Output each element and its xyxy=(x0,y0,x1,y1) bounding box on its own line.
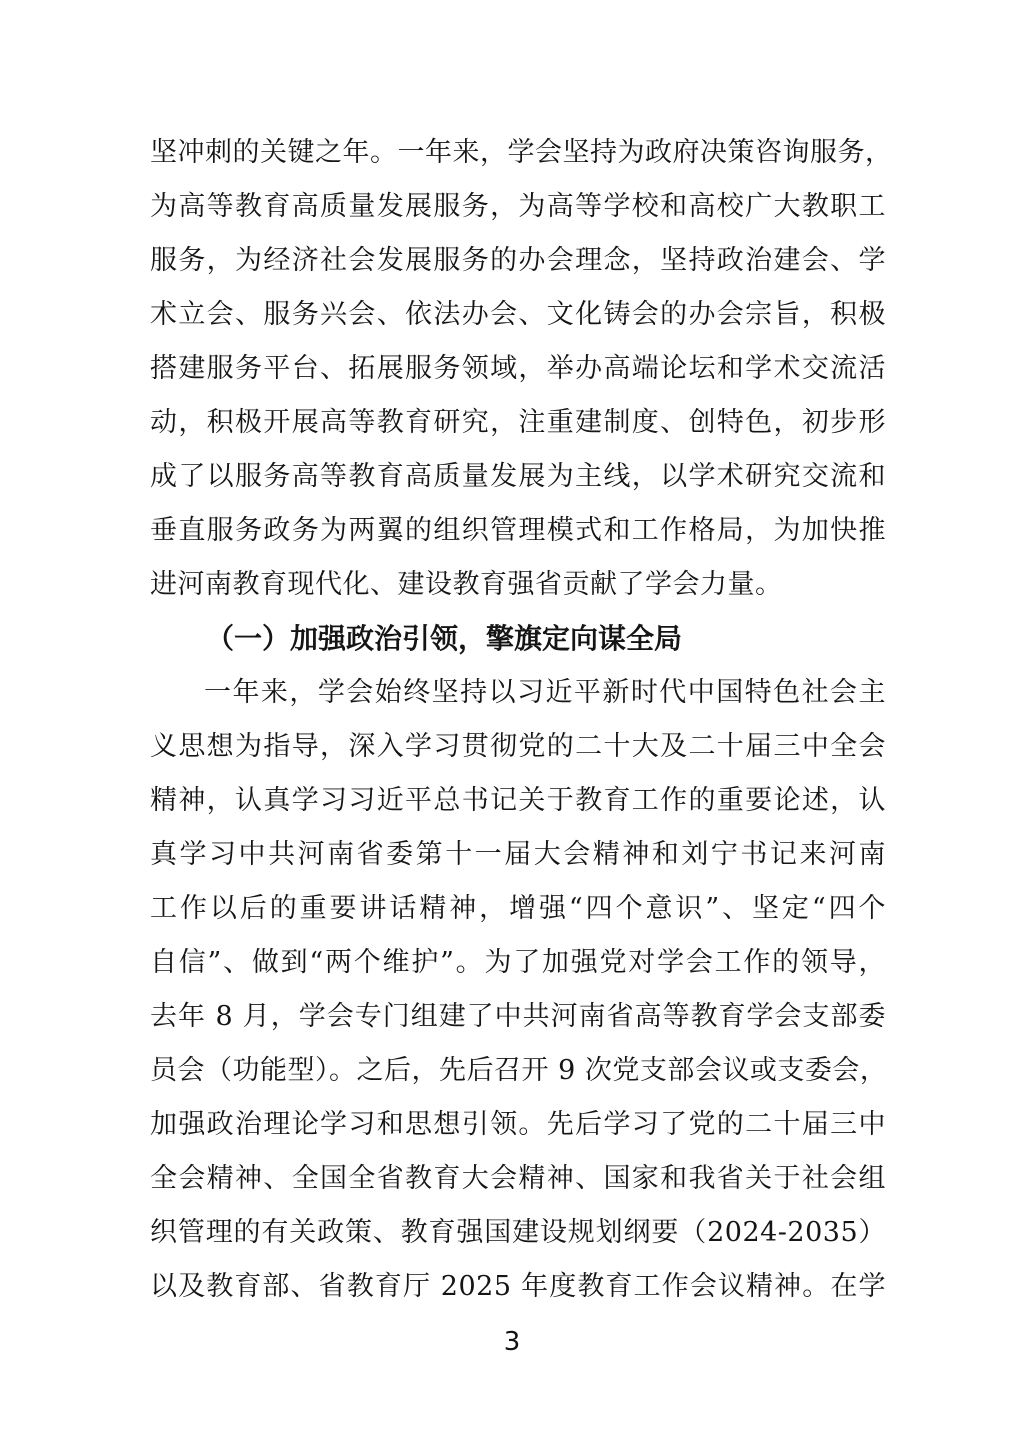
paragraph-line: 义思想为指导，深入学习贯彻党的二十大及二十届三中全会 xyxy=(150,720,886,774)
paragraph-line: 搭建服务平台、拓展服务领域，举办高端论坛和学术交流活 xyxy=(150,342,886,396)
paragraph-line: 进河南教育现代化、建设教育强省贡献了学会力量。 xyxy=(150,558,886,612)
paragraph-line: 一年来，学会始终坚持以习近平新时代中国特色社会主 xyxy=(150,666,886,720)
paragraph-line: 精神，认真学习习近平总书记关于教育工作的重要论述，认 xyxy=(150,774,886,828)
paragraph-line: 术立会、服务兴会、依法办会、文化铸会的办会宗旨，积极 xyxy=(150,288,886,342)
paragraph-line: 为高等教育高质量发展服务，为高等学校和高校广大教职工 xyxy=(150,180,886,234)
paragraph-line: 以及教育部、省教育厅 2025 年度教育工作会议精神。在学 xyxy=(150,1260,886,1314)
document-page: 坚冲刺的关键之年。一年来，学会坚持为政府决策咨询服务， 为高等教育高质量发展服务… xyxy=(0,0,1024,1448)
page-number: 3 xyxy=(0,1322,1024,1362)
paragraph-line: 去年 8 月，学会专门组建了中共河南省高等教育学会支部委 xyxy=(150,990,886,1044)
paragraph-line: 织管理的有关政策、教育强国建设规划纲要（2024-2035） xyxy=(150,1206,886,1260)
paragraph-line: 加强政治理论学习和思想引领。先后学习了党的二十届三中 xyxy=(150,1098,886,1152)
paragraph-line: 全会精神、全国全省教育大会精神、国家和我省关于社会组 xyxy=(150,1152,886,1206)
paragraph-line: 自信”、做到“两个维护”。为了加强党对学会工作的领导， xyxy=(150,936,886,990)
paragraph-line: 员会（功能型）。之后，先后召开 9 次党支部会议或支委会， xyxy=(150,1044,886,1098)
paragraph-line: 工作以后的重要讲话精神，增强“四个意识”、坚定“四个 xyxy=(150,882,886,936)
paragraph-line: 动，积极开展高等教育研究，注重建制度、创特色，初步形 xyxy=(150,396,886,450)
paragraph-line: 坚冲刺的关键之年。一年来，学会坚持为政府决策咨询服务， xyxy=(150,126,886,180)
paragraph-line: 垂直服务政务为两翼的组织管理模式和工作格局，为加快推 xyxy=(150,504,886,558)
paragraph-line: 服务，为经济社会发展服务的办会理念，坚持政治建会、学 xyxy=(150,234,886,288)
paragraph-line: 成了以服务高等教育高质量发展为主线，以学术研究交流和 xyxy=(150,450,886,504)
section-heading: （一）加强政治引领，擎旗定向谋全局 xyxy=(150,612,886,666)
paragraph-line: 真学习中共河南省委第十一届大会精神和刘宁书记来河南 xyxy=(150,828,886,882)
body-text: 坚冲刺的关键之年。一年来，学会坚持为政府决策咨询服务， 为高等教育高质量发展服务… xyxy=(150,126,886,1314)
